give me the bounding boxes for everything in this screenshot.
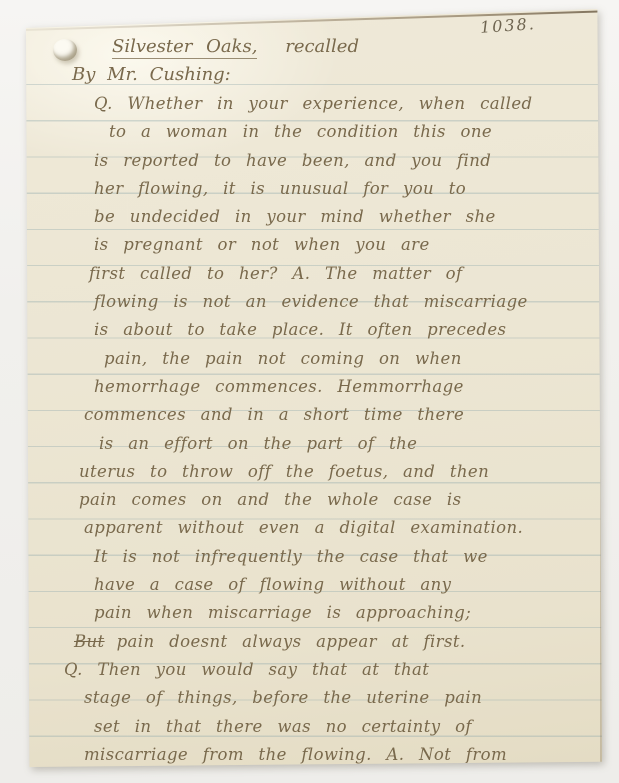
manuscript-line: flowing is not an evidence that miscarri… bbox=[26, 288, 592, 316]
line-text: pain doesnt always appear at first. bbox=[117, 632, 466, 651]
manuscript-line: be undecided in your mind whether she bbox=[26, 203, 592, 231]
witness-status: recalled bbox=[285, 36, 359, 57]
manuscript-page: 1038. Silvester Oaks, recalled By Mr. Cu… bbox=[26, 9, 602, 767]
manuscript-line: is reported to have been, and you find bbox=[26, 147, 592, 175]
manuscript-line: commences and in a short time there bbox=[26, 401, 592, 429]
manuscript-line: stage of things, before the uterine pain bbox=[26, 684, 592, 712]
manuscript-line: hemorrhage commences. Hemmorrhage bbox=[26, 373, 592, 401]
manuscript-line: her flowing, it is unusual for you to bbox=[26, 175, 592, 203]
manuscript-line: miscarriage from the flowing. A. Not fro… bbox=[26, 741, 592, 769]
punch-hole bbox=[53, 39, 77, 61]
page-number: 1038. bbox=[480, 14, 537, 37]
manuscript-line: Q. Whether in your experience, when call… bbox=[26, 90, 592, 118]
manuscript-line: apparent without even a digital examinat… bbox=[26, 514, 592, 542]
manuscript-line: set in that there was no certainty of bbox=[26, 713, 592, 741]
manuscript-line: uterus to throw off the foetus, and then bbox=[26, 458, 592, 486]
examiner-byline: By Mr. Cushing: bbox=[72, 64, 231, 85]
manuscript-line: pain when miscarriage is approaching; bbox=[26, 599, 592, 627]
manuscript-line: is pregnant or not when you are bbox=[26, 231, 592, 259]
manuscript-line: have a case of flowing without any bbox=[26, 571, 592, 599]
witness-name: Silvester Oaks, bbox=[112, 36, 257, 59]
witness-title-line: Silvester Oaks, recalled bbox=[112, 36, 359, 57]
manuscript-line: first called to her? A. The matter of bbox=[26, 260, 592, 288]
paper-sheet: 1038. Silvester Oaks, recalled By Mr. Cu… bbox=[26, 9, 602, 767]
testimony-body: Q. Whether in your experience, when call… bbox=[26, 90, 592, 769]
scanned-document-photo: 1038. Silvester Oaks, recalled By Mr. Cu… bbox=[0, 0, 619, 783]
struck-word: But bbox=[74, 632, 105, 651]
manuscript-line-with-strikeout: Butpain doesnt always appear at first. bbox=[26, 628, 592, 656]
paper-right-edge bbox=[600, 9, 602, 767]
manuscript-line: is an effort on the part of the bbox=[26, 430, 592, 458]
manuscript-line: to a woman in the condition this one bbox=[26, 118, 592, 146]
manuscript-line: Q. Then you would say that at that bbox=[26, 656, 592, 684]
manuscript-line: is about to take place. It often precede… bbox=[26, 316, 592, 344]
manuscript-line: pain comes on and the whole case is bbox=[26, 486, 592, 514]
manuscript-line: It is not infrequently the case that we bbox=[26, 543, 592, 571]
manuscript-line: pain, the pain not coming on when bbox=[26, 345, 592, 373]
